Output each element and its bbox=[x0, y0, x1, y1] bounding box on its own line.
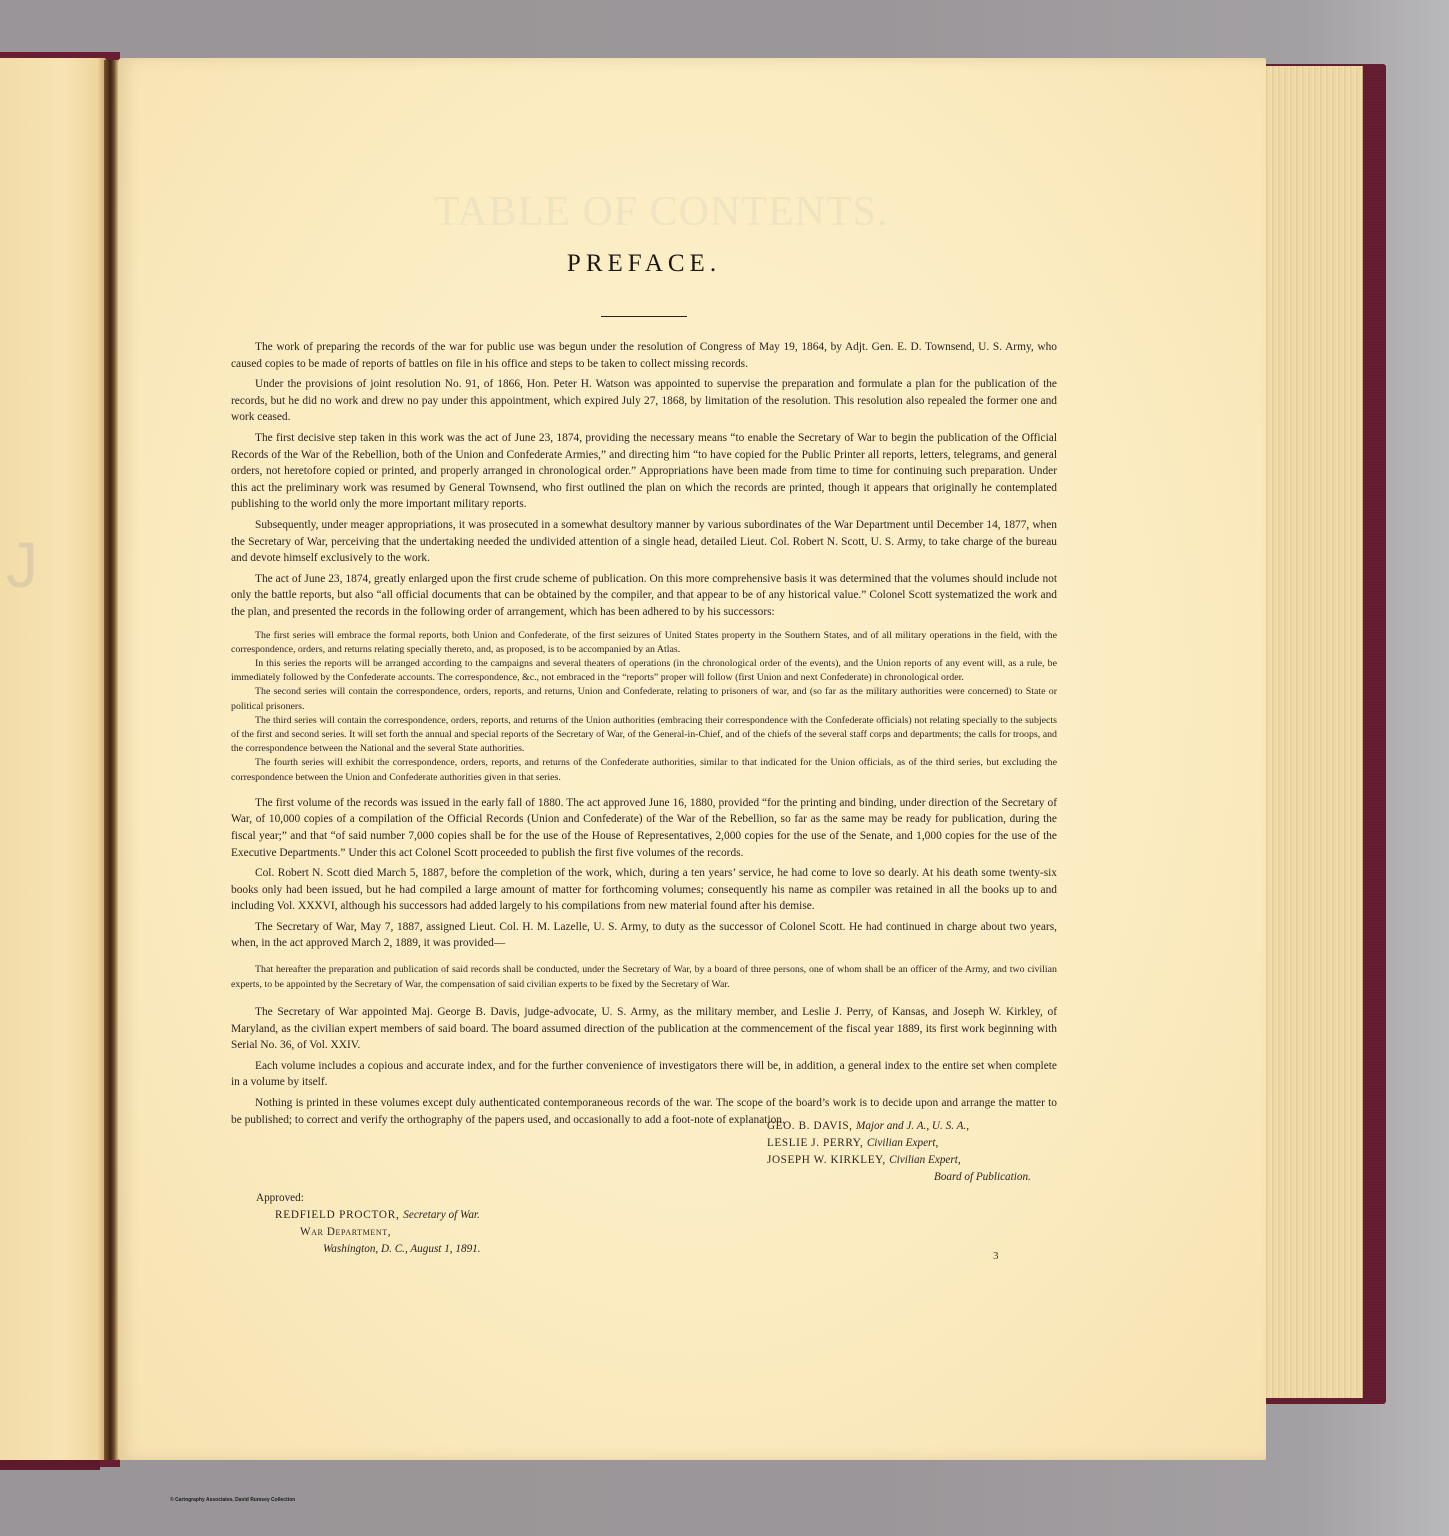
left-page: J bbox=[0, 58, 106, 1460]
signatory-name: JOSEPH W. KIRKLEY, bbox=[767, 1154, 886, 1166]
history-paragraphs: The first volume of the records was issu… bbox=[231, 795, 1057, 952]
series-plan: The first series will embrace the formal… bbox=[231, 629, 1057, 785]
intro-paragraphs: The work of preparing the records of the… bbox=[231, 339, 1057, 621]
approver-role: Secretary of War. bbox=[403, 1209, 480, 1221]
board-paragraphs: The Secretary of War appointed Maj. Geor… bbox=[231, 1004, 1057, 1128]
paragraph: The act of June 23, 1874, greatly enlarg… bbox=[231, 571, 1057, 621]
series-paragraph: The second series will contain the corre… bbox=[231, 685, 1057, 713]
signature-line: JOSEPH W. KIRKLEY, Civilian Expert, bbox=[767, 1152, 1031, 1169]
approval-department: War Department, bbox=[256, 1224, 481, 1241]
approver-name: REDFIELD PROCTOR, bbox=[275, 1209, 400, 1221]
act-quote: That hereafter the preparation and publi… bbox=[231, 962, 1057, 992]
paragraph: The work of preparing the records of the… bbox=[231, 339, 1057, 372]
left-page-bleed-glyph: J bbox=[6, 528, 38, 602]
book-gutter bbox=[104, 60, 118, 1460]
bleed-through-heading: TABLE OF CONTENTS. bbox=[434, 188, 888, 236]
signature-line: GEO. B. DAVIS, Major and J. A., U. S. A.… bbox=[767, 1118, 1031, 1135]
board-label: Board of Publication. bbox=[767, 1169, 1031, 1186]
page-number: 3 bbox=[993, 1250, 999, 1262]
board-signatures: GEO. B. DAVIS, Major and J. A., U. S. A.… bbox=[767, 1118, 1031, 1186]
signatory-name: LESLIE J. PERRY, bbox=[767, 1137, 863, 1149]
paragraph: Each volume includes a copious and accur… bbox=[231, 1058, 1057, 1091]
approval-place-date: Washington, D. C., August 1, 1891. bbox=[256, 1241, 481, 1258]
signatory-role: Civilian Expert, bbox=[889, 1154, 960, 1166]
paragraph: Col. Robert N. Scott died March 5, 1887,… bbox=[231, 865, 1057, 915]
paragraph: The Secretary of War, May 7, 1887, assig… bbox=[231, 919, 1057, 952]
page-title: PREFACE. bbox=[231, 250, 1057, 278]
signatory-name: GEO. B. DAVIS, bbox=[767, 1120, 853, 1132]
paragraph: The Secretary of War appointed Maj. Geor… bbox=[231, 1004, 1057, 1054]
signature-line: LESLIE J. PERRY, Civilian Expert, bbox=[767, 1135, 1031, 1152]
paragraph: The first volume of the records was issu… bbox=[231, 795, 1057, 861]
approval-block: Approved: REDFIELD PROCTOR, Secretary of… bbox=[256, 1190, 481, 1258]
paragraph: Subsequently, under meager appropriation… bbox=[231, 517, 1057, 567]
paragraph: Under the provisions of joint resolution… bbox=[231, 376, 1057, 426]
signatory-role: Major and J. A., U. S. A., bbox=[856, 1120, 969, 1132]
title-rule bbox=[601, 316, 687, 317]
act-quote-text: That hereafter the preparation and publi… bbox=[231, 962, 1057, 992]
signatory-role: Civilian Expert, bbox=[867, 1137, 938, 1149]
paragraph: The first decisive step taken in this wo… bbox=[231, 430, 1057, 513]
series-paragraph: The fourth series will exhibit the corre… bbox=[231, 756, 1057, 784]
approver-line: REDFIELD PROCTOR, Secretary of War. bbox=[256, 1207, 481, 1224]
series-paragraph: The third series will contain the corres… bbox=[231, 714, 1057, 757]
page-edges bbox=[1262, 66, 1363, 1398]
series-paragraph: The first series will embrace the formal… bbox=[231, 629, 1057, 657]
preface-content: PREFACE. The work of preparing the recor… bbox=[231, 250, 1057, 1132]
approval-label: Approved: bbox=[256, 1190, 481, 1207]
series-paragraph: In this series the reports will be arran… bbox=[231, 657, 1057, 685]
copyright-notice: © Cartography Associates, David Rumsey C… bbox=[170, 1497, 295, 1503]
